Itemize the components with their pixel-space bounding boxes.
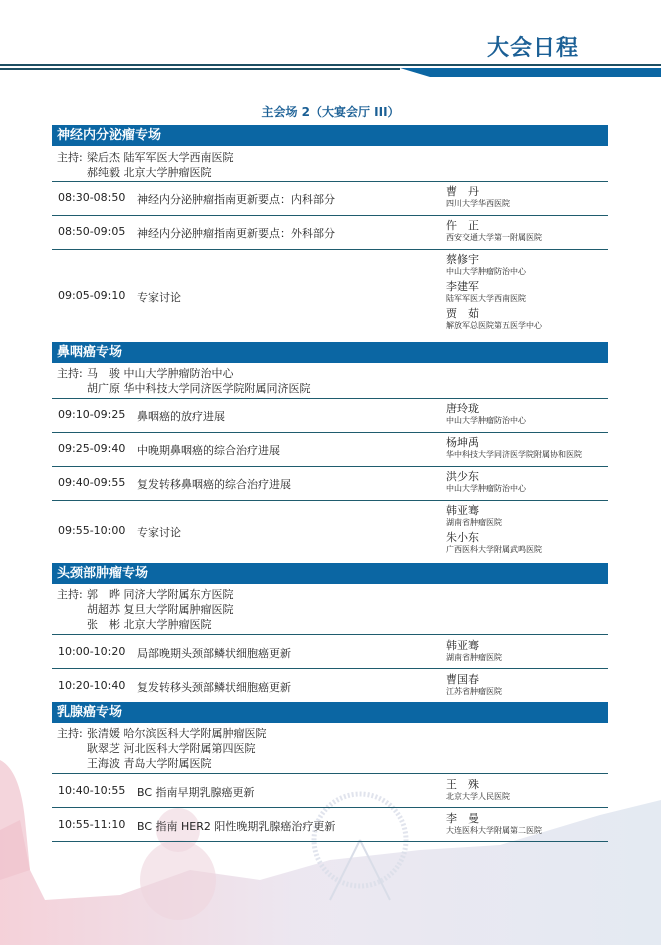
- speaker-org: 北京大学人民医院: [446, 791, 510, 802]
- host-entry: 耿翠芝 河北医科大学附属第四医院: [87, 741, 256, 756]
- row-time: 10:40-10:55: [58, 784, 125, 797]
- row-time: 09:10-09:25: [58, 408, 125, 421]
- row-time: 09:25-09:40: [58, 442, 125, 455]
- row-topic: 复发转移头颈部鳞状细胞癌更新: [137, 679, 291, 695]
- speaker-name: 韩亚骞: [446, 639, 502, 652]
- row-time: 10:20-10:40: [58, 679, 125, 692]
- row-topic: BC 指南早期乳腺癌更新: [137, 784, 255, 800]
- speaker-org: 湖南省肿瘤医院: [446, 517, 542, 528]
- row-topic: 神经内分泌肿瘤指南更新要点：外科部分: [137, 225, 335, 241]
- speaker-org: 西安交通大学第一附属医院: [446, 232, 542, 243]
- speaker: 曹国春 江苏省肿瘤医院: [446, 673, 502, 697]
- section-header: 头颈部肿瘤专场: [52, 563, 608, 584]
- host-entry: 马 骏 中山大学肿瘤防治中心: [87, 366, 234, 381]
- host-label: 主持:: [57, 150, 83, 165]
- speaker-name: 李建军: [446, 280, 542, 293]
- row-divider: [52, 398, 608, 399]
- section-header: 神经内分泌瘤专场: [52, 125, 608, 146]
- host-label: 主持:: [57, 366, 83, 381]
- speaker-org: 四川大学华西医院: [446, 198, 510, 209]
- row-time: 08:30-08:50: [58, 191, 125, 204]
- host-entry: 郭 晔 同济大学附属东方医院: [87, 587, 234, 602]
- host-entry: 梁后杰 陆军军医大学西南医院: [87, 150, 234, 165]
- speaker: 李 曼 大连医科大学附属第二医院: [446, 812, 542, 836]
- host-label: 主持:: [57, 726, 83, 741]
- speaker-org: 中山大学肿瘤防治中心: [446, 415, 526, 426]
- host-entry: 胡超苏 复旦大学附属肿瘤医院: [87, 602, 234, 617]
- row-topic: 专家讨论: [137, 524, 181, 540]
- row-time: 10:55-11:10: [58, 818, 125, 831]
- host-entry: 张 彬 北京大学肿瘤医院: [87, 617, 212, 632]
- speaker-org: 大连医科大学附属第二医院: [446, 825, 542, 836]
- speaker-org: 中山大学肿瘤防治中心: [446, 266, 542, 277]
- host-entry: 郝纯毅 北京大学肿瘤医院: [87, 165, 212, 180]
- row-divider: [52, 773, 608, 774]
- host-entry: 胡广原 华中科技大学同济医学院附属同济医院: [87, 381, 311, 396]
- row-divider: [52, 466, 608, 467]
- speaker-name: 贾 茹: [446, 307, 542, 320]
- speaker: 蔡修宇 中山大学肿瘤防治中心 李建军 陆军军医大学西南医院 贾 茹 解放军总医院…: [446, 253, 542, 331]
- row-topic: 鼻咽癌的放疗进展: [137, 408, 225, 424]
- speaker: 曹 丹 四川大学华西医院: [446, 185, 510, 209]
- speaker: 韩亚骞 湖南省肿瘤医院: [446, 639, 502, 663]
- speaker-name: 杨坤禹: [446, 436, 582, 449]
- speaker-name: 唐玲珑: [446, 402, 526, 415]
- row-divider: [52, 634, 608, 635]
- speaker: 韩亚骞 湖南省肿瘤医院 朱小东 广西医科大学附属武鸣医院: [446, 504, 542, 555]
- speaker-org: 江苏省肿瘤医院: [446, 686, 502, 697]
- row-topic: 专家讨论: [137, 289, 181, 305]
- row-time: 09:55-10:00: [58, 524, 125, 537]
- venue-title: 主会场 2（大宴会厅 III）: [0, 103, 661, 120]
- row-time: 09:05-09:10: [58, 289, 125, 302]
- row-time: 10:00-10:20: [58, 645, 125, 658]
- row-topic: 复发转移鼻咽癌的综合治疗进展: [137, 476, 291, 492]
- speaker-name: 蔡修宇: [446, 253, 542, 266]
- speaker: 仵 正 西安交通大学第一附属医院: [446, 219, 542, 243]
- row-topic: 局部晚期头颈部鳞状细胞癌更新: [137, 645, 291, 661]
- row-divider: [52, 500, 608, 501]
- row-divider: [52, 249, 608, 250]
- speaker-org: 湖南省肿瘤医院: [446, 652, 502, 663]
- row-divider: [52, 432, 608, 433]
- section-header: 乳腺癌专场: [52, 702, 608, 723]
- row-divider: [52, 215, 608, 216]
- speaker-name: 朱小东: [446, 531, 542, 544]
- speaker-org: 陆军军医大学西南医院: [446, 293, 542, 304]
- speaker-org: 中山大学肿瘤防治中心: [446, 483, 526, 494]
- row-divider: [52, 668, 608, 669]
- section-header: 鼻咽癌专场: [52, 342, 608, 363]
- speaker: 杨坤禹 华中科技大学同济医学院附属协和医院: [446, 436, 582, 460]
- host-entry: 王海波 青岛大学附属医院: [87, 756, 212, 771]
- speaker-org: 华中科技大学同济医学院附属协和医院: [446, 449, 582, 460]
- row-topic: 神经内分泌肿瘤指南更新要点：内科部分: [137, 191, 335, 207]
- speaker-org: 广西医科大学附属武鸣医院: [446, 544, 542, 555]
- speaker: 洪少东 中山大学肿瘤防治中心: [446, 470, 526, 494]
- speaker-name: 李 曼: [446, 812, 542, 825]
- speaker-name: 曹 丹: [446, 185, 510, 198]
- row-time: 08:50-09:05: [58, 225, 125, 238]
- header-blue-band: [0, 64, 661, 78]
- speaker-name: 仵 正: [446, 219, 542, 232]
- speaker: 王 殊 北京大学人民医院: [446, 778, 510, 802]
- page-title: 大会日程: [487, 31, 579, 62]
- host-entry: 张清媛 哈尔滨医科大学附属肿瘤医院: [87, 726, 267, 741]
- row-divider: [52, 807, 608, 808]
- row-divider: [52, 181, 608, 182]
- speaker-name: 王 殊: [446, 778, 510, 791]
- speaker: 唐玲珑 中山大学肿瘤防治中心: [446, 402, 526, 426]
- row-topic: 中晚期鼻咽癌的综合治疗进展: [137, 442, 280, 458]
- speaker-name: 曹国春: [446, 673, 502, 686]
- row-divider: [52, 841, 608, 842]
- row-topic: BC 指南 HER2 阳性晚期乳腺癌治疗更新: [137, 818, 335, 834]
- speaker-name: 洪少东: [446, 470, 526, 483]
- speaker-name: 韩亚骞: [446, 504, 542, 517]
- speaker-org: 解放军总医院第五医学中心: [446, 320, 542, 331]
- row-time: 09:40-09:55: [58, 476, 125, 489]
- host-label: 主持:: [57, 587, 83, 602]
